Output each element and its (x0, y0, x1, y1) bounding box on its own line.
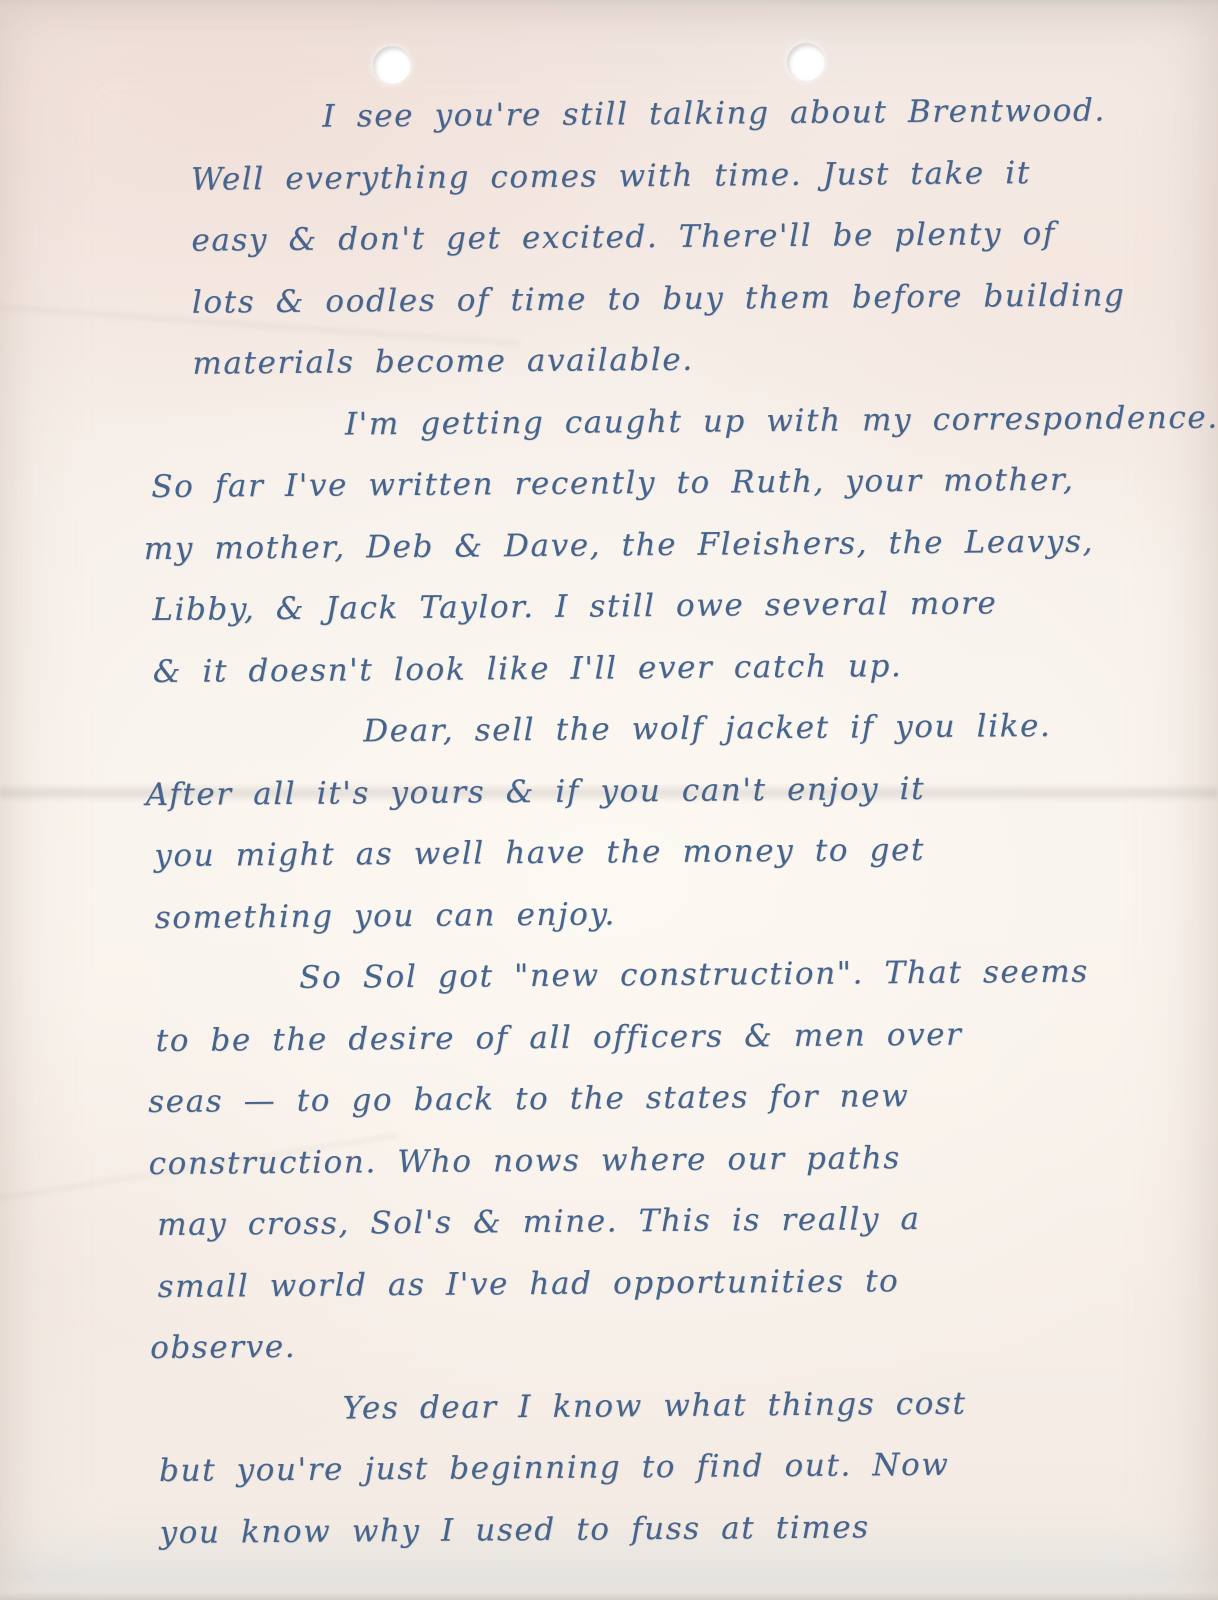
letter-line: I see you're still talking about Brentwo… (140, 80, 1176, 150)
letter-line: Yes dear I know what things cost (150, 1371, 1186, 1441)
letter-line: & it doesn't look like I'll ever catch u… (153, 633, 1181, 703)
letter-line: you know why I used to fuss at times (159, 1494, 1187, 1564)
hole-punch-left-icon (373, 46, 411, 84)
scanned-letter-page: I see you're still talking about Brentwo… (0, 0, 1218, 1600)
letter-line: So far I've written recently to Ruth, yo… (151, 449, 1179, 519)
letter-line: but you're just beginning to find out. N… (159, 1433, 1187, 1503)
letter-line: So Sol got "new construction". That seem… (147, 941, 1183, 1011)
letter-line: Well everything comes with time. Just ta… (191, 141, 1177, 210)
letter-line: observe. (150, 1310, 1186, 1380)
letter-line: Libby, & Jack Taylor. I still owe severa… (152, 572, 1180, 642)
letter-line: easy & don't get excited. There'll be pl… (191, 203, 1177, 272)
letter-line: something you can enjoy. (154, 879, 1182, 949)
letter-line: construction. Who nows where our paths (148, 1125, 1184, 1195)
letter-line: After all it's yours & if you can't enjo… (146, 756, 1182, 826)
letter-line: seas — to go back to the states for new (148, 1064, 1184, 1134)
letter-line: I'm getting caught up with my correspond… (143, 387, 1179, 457)
letter-line: small world as I've had opportunities to (157, 1248, 1185, 1318)
letter-line: Dear, sell the wolf jacket if you like. (145, 695, 1181, 765)
letter-line: may cross, Sol's & mine. This is really … (157, 1187, 1185, 1257)
hole-punch-right-icon (787, 43, 825, 81)
letter-body: I see you're still talking about Brentwo… (140, 80, 1188, 1564)
letter-line: materials become available. (192, 326, 1178, 395)
letter-line: you might as well have the money to get (154, 818, 1182, 888)
letter-line: my mother, Deb & Dave, the Fleishers, th… (144, 510, 1180, 580)
letter-line: lots & oodles of time to buy them before… (192, 264, 1178, 333)
letter-line: to be the desire of all officers & men o… (155, 1002, 1183, 1072)
